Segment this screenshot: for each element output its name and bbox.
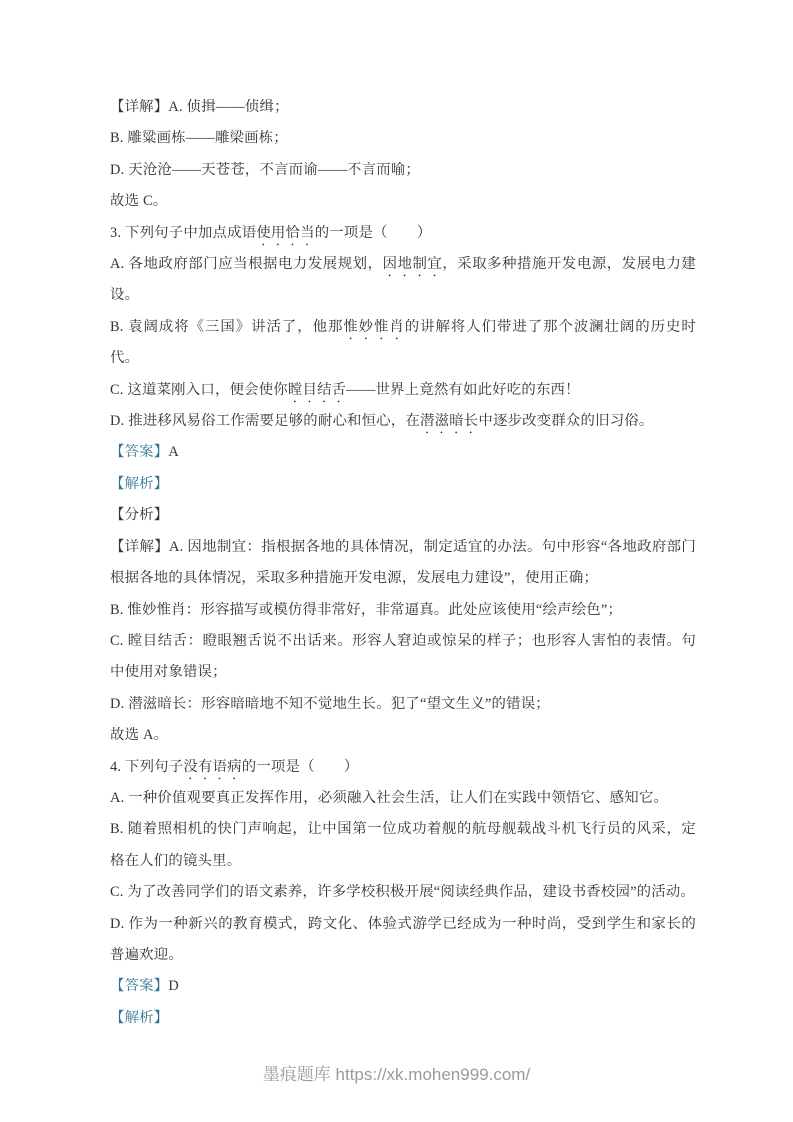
section-label: 【答案】 [110, 444, 168, 460]
q4-option-b: B. 随着照相机的快门声响起，让中国第一位成功着舰的航母舰载战斗机飞行员的风采，… [110, 814, 696, 877]
q3-answer: 【答案】A [110, 437, 696, 468]
text-run: D. 潜滋暗长：形容暗暗地不知不觉地生长。犯了“望文生义”的错误； [110, 696, 550, 712]
text-run: C. 这道菜刚入口，便会使你 [110, 382, 288, 398]
text-run: B. 雕粱画栋——雕梁画栋； [110, 130, 288, 146]
text-run: 【分析】 [110, 507, 168, 523]
q3-conclusion: 故选 A。 [110, 720, 696, 751]
text-run: 的一项是（ ） [315, 225, 432, 241]
q4-option-c: C. 为了改善同学们的语文素养，许多学校积极开展“阅读经典作品，建设书香校园”的… [110, 877, 696, 908]
q3-analysis-label: 【分析】 [110, 500, 696, 531]
text-run: B. 随着照相机的快门声响起，让中国第一位成功着舰的航母舰载战斗机飞行员的风采，… [110, 821, 696, 868]
text-run: ——世界上竟然有如此好吃的东西！ [346, 382, 579, 398]
section-label: 【解析】 [110, 1010, 168, 1026]
q3-detail-b: B. 惟妙惟肖：形容描写或模仿得非常好，非常逼真。此处应该使用“绘声绘色”； [110, 595, 696, 626]
emphasized-phrase: 使用恰当 [256, 225, 314, 241]
text-run: B. 惟妙惟肖：形容描写或模仿得非常好，非常逼真。此处应该使用“绘声绘色”； [110, 602, 622, 618]
q4-option-a: A. 一种价值观要真正发挥作用，必须融入社会生活，让人们在实践中领悟它、感知它。 [110, 783, 696, 814]
q4-stem: 4. 下列句子没有语病的一项是（ ） [110, 752, 696, 783]
text-run: A [168, 444, 179, 460]
q3-option-a: A. 各地政府部门应当根据电力发展规划，因地制宜，采取多种措施开发电源，发展电力… [110, 249, 696, 312]
q3-option-b: B. 袁阔成将《三国》讲活了，他那惟妙惟肖的讲解将人们带进了那个波澜壮阔的历史时… [110, 312, 696, 375]
footer: 墨痕题库 https://xk.mohen999.com/ [0, 1060, 793, 1085]
text-run: A. 一种价值观要真正发挥作用，必须融入社会生活，让人们在实践中领悟它、感知它。 [110, 790, 668, 806]
emphasized-phrase: 瞠目结舌 [288, 382, 346, 398]
q3-detail-c: C. 瞠目结舌：瞪眼翘舌说不出话来。形容人窘迫或惊呆的样子；也形容人害怕的表情。… [110, 626, 696, 689]
q3-detail-a: 【详解】A. 因地制宜：指根据各地的具体情况，制定适宜的办法。句中形容“各地政府… [110, 532, 696, 595]
text-run: D. 作为一种新兴的教育模式，跨文化、体验式游学已经成为一种时尚，受到学生和家长… [110, 916, 696, 963]
q4-explanation-label: 【解析】 [110, 1003, 696, 1034]
text-run: 3. 下列句子中加点成语 [110, 225, 256, 241]
text-run: D [168, 978, 179, 994]
q3-option-c: C. 这道菜刚入口，便会使你瞠目结舌——世界上竟然有如此好吃的东西！ [110, 375, 696, 406]
q4-option-d: D. 作为一种新兴的教育模式，跨文化、体验式游学已经成为一种时尚，受到学生和家长… [110, 909, 696, 972]
q3-detail-d: D. 潜滋暗长：形容暗暗地不知不觉地生长。犯了“望文生义”的错误； [110, 689, 696, 720]
q3-option-d: D. 推进移风易俗工作需要足够的耐心和恒心，在潜滋暗长中逐步改变群众的旧习俗。 [110, 406, 696, 437]
q2-detail-b: B. 雕粱画栋——雕梁画栋； [110, 123, 696, 154]
text-run: 4. 下列句子 [110, 759, 183, 775]
text-run: 【详解】A. 侦揖——侦缉； [110, 99, 289, 115]
text-run: 的一项是（ ） [242, 759, 359, 775]
footer-site-name: 墨痕题库 [263, 1065, 331, 1084]
exam-document-page: { "page": { "background": "#ffffff", "te… [0, 0, 793, 1122]
emphasized-phrase: 潜滋暗长 [420, 413, 478, 429]
text-run: 故选 C。 [110, 193, 167, 209]
text-run: 【详解】A. 因地制宜：指根据各地的具体情况，制定适宜的办法。句中形容“各地政府… [110, 539, 696, 586]
emphasized-phrase: 没有语病 [183, 759, 241, 775]
q3-stem: 3. 下列句子中加点成语使用恰当的一项是（ ） [110, 218, 696, 249]
document-body: 【详解】A. 侦揖——侦缉；B. 雕粱画栋——雕梁画栋；D. 天沧沧——天苍苍，… [110, 92, 696, 1034]
footer-site-link[interactable]: https://xk.mohen999.com/ [336, 1065, 531, 1084]
text-run: 中逐步改变群众的旧习俗。 [478, 413, 653, 429]
emphasized-phrase: 因地制宜 [383, 256, 443, 272]
text-run: B. 袁阔成将《三国》讲活了，他那 [110, 319, 343, 335]
section-label: 【答案】 [110, 978, 168, 994]
text-run: 故选 A。 [110, 727, 168, 743]
text-run: C. 瞠目结舌：瞪眼翘舌说不出话来。形容人窘迫或惊呆的样子；也形容人害怕的表情。… [110, 633, 696, 680]
text-run: D. 天沧沧——天苍苍，不言而谕——不言而喻； [110, 162, 420, 178]
section-label: 【解析】 [110, 476, 168, 492]
emphasized-phrase: 惟妙惟肖 [343, 319, 404, 335]
text-run: A. 各地政府部门应当根据电力发展规划， [110, 256, 383, 272]
text-run: C. 为了改善同学们的语文素养，许多学校积极开展“阅读经典作品，建设书香校园”的… [110, 884, 695, 900]
q2-detail-d: D. 天沧沧——天苍苍，不言而谕——不言而喻； [110, 155, 696, 186]
text-run: D. 推进移风易俗工作需要足够的耐心和恒心，在 [110, 413, 420, 429]
q4-answer: 【答案】D [110, 971, 696, 1002]
q2-conclusion: 故选 C。 [110, 186, 696, 217]
q3-explanation-label: 【解析】 [110, 469, 696, 500]
q2-detail-a: 【详解】A. 侦揖——侦缉； [110, 92, 696, 123]
